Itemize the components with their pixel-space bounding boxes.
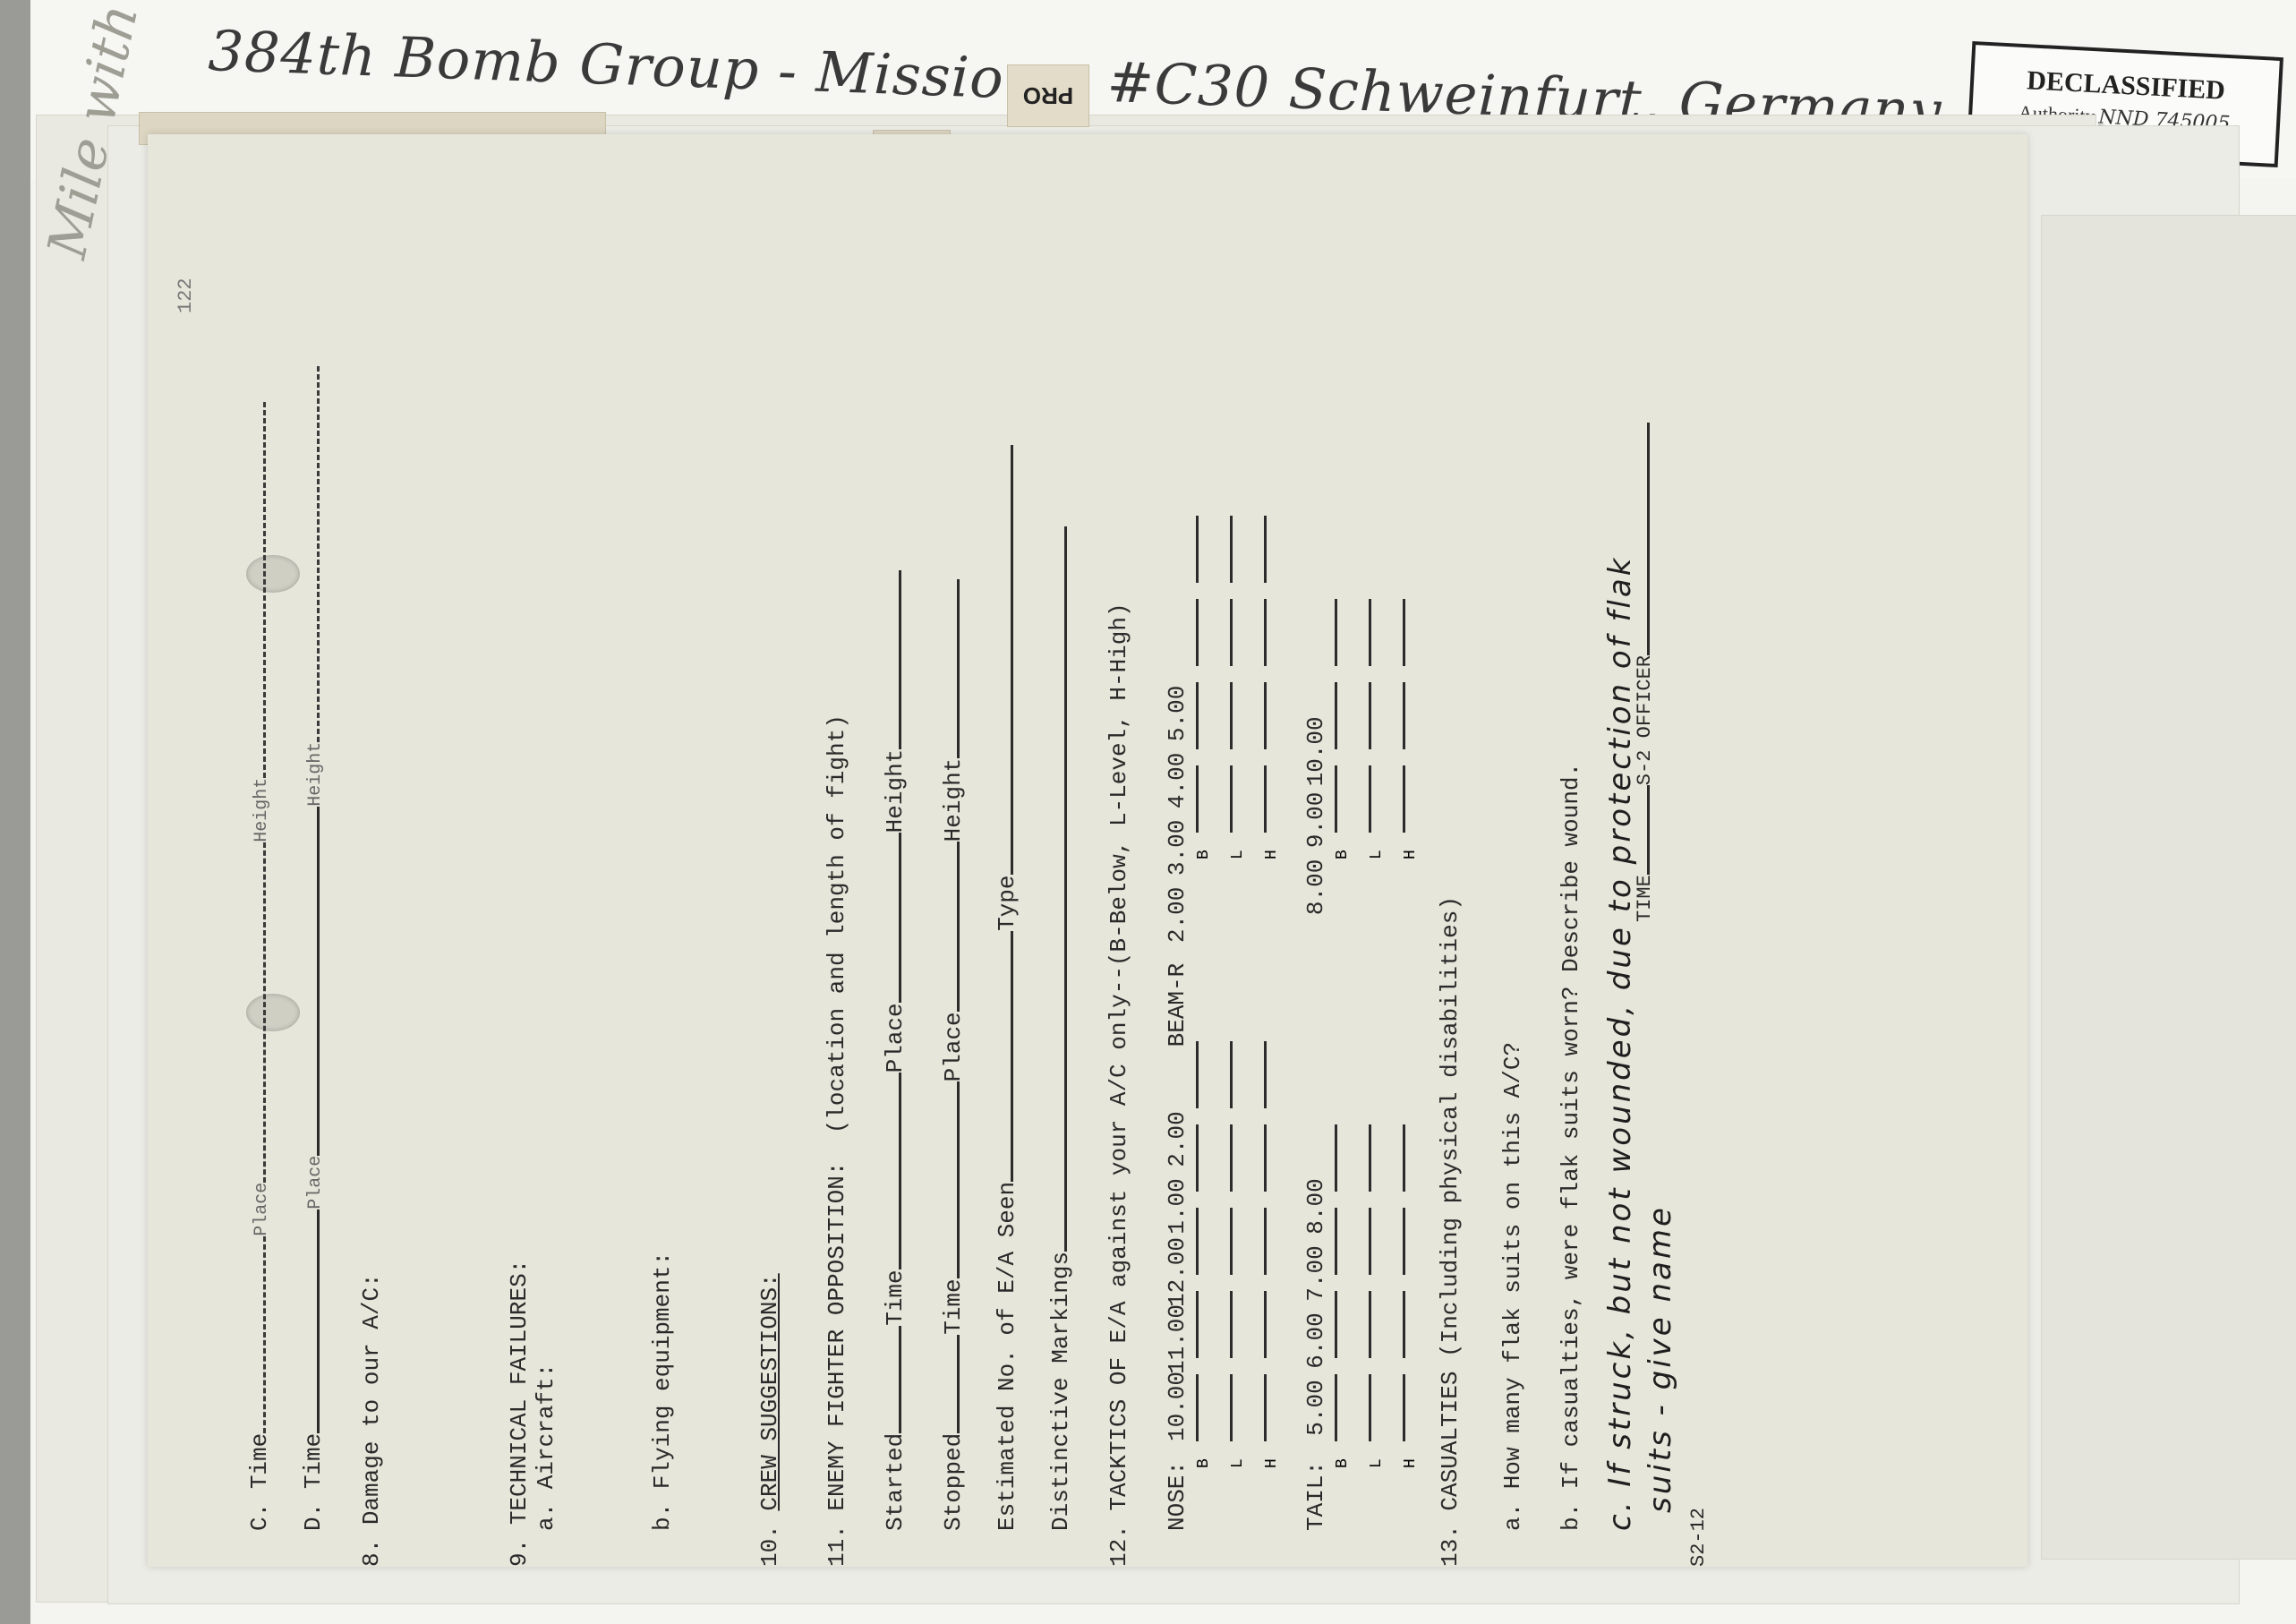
item-11-started-row: StartedTimePlaceHeight <box>882 570 909 1531</box>
started-height-field[interactable] <box>898 833 901 1003</box>
tail-cell[interactable] <box>1368 1374 1371 1441</box>
stopped-time-field[interactable] <box>956 1335 960 1433</box>
stopped-label: Stopped <box>940 1433 967 1531</box>
beam-hour: 5.00 <box>1164 680 1191 747</box>
markings-label: Distinctive Markings <box>1047 1252 1074 1531</box>
tab-pro[interactable]: PRO <box>1007 64 1089 127</box>
tail-cell[interactable] <box>1334 1291 1337 1358</box>
item-8-num: 8. <box>358 1539 385 1567</box>
tail-cell[interactable] <box>1402 1374 1405 1441</box>
tail-cell[interactable] <box>1402 1124 1405 1192</box>
beam-cell[interactable] <box>1229 516 1233 583</box>
beam-l-cell[interactable] <box>1368 599 1371 666</box>
tail-cell[interactable] <box>1334 1208 1337 1275</box>
tail-cell[interactable] <box>1368 1124 1371 1192</box>
item-d-height-field[interactable] <box>316 366 320 742</box>
row-h-label: H <box>1263 1445 1281 1468</box>
beam-l-hour: 9.00 <box>1302 786 1329 853</box>
nose-cell[interactable] <box>1229 1291 1233 1358</box>
beam-cell[interactable] <box>1263 682 1267 749</box>
item-8: 8. Damage to our A/C: <box>358 1273 385 1567</box>
nose-cell[interactable] <box>1263 1041 1267 1108</box>
started-time-label: Time <box>882 1269 909 1325</box>
nose-cell[interactable] <box>1263 1291 1267 1358</box>
beam-l-cell[interactable] <box>1402 765 1405 833</box>
beam-hour: 2.00 <box>1164 881 1191 948</box>
item-d-place-field[interactable] <box>316 807 320 1156</box>
row-b-label: B <box>1195 1445 1213 1468</box>
item-9-num: 9. <box>506 1539 533 1567</box>
item-13a: a. How many flak suits on this A/C? <box>1499 1042 1526 1531</box>
item-d-time-field[interactable] <box>316 1209 320 1433</box>
beam-cell[interactable] <box>1263 516 1267 583</box>
nose-cell[interactable] <box>1263 1124 1267 1192</box>
item-c-height-label: Height <box>252 778 272 842</box>
item-9a: a. Aircraft: <box>533 1363 559 1531</box>
beam-l-grid: B L H <box>1334 599 1420 859</box>
item-d-label: D. <box>300 1503 327 1531</box>
nose-hour: 2.00 <box>1164 1106 1191 1173</box>
mission-form-page: 122 C. TimePlaceHeight D. TimePlaceHeigh… <box>148 134 2027 1567</box>
beam-l-cell[interactable] <box>1402 599 1405 666</box>
background-edge <box>0 0 30 1624</box>
item-11-note: (location and length of fight) <box>824 714 850 1133</box>
item-c: C. TimePlaceHeight <box>246 402 273 1531</box>
item-9: 9. TECHNICAL FAILURES: <box>506 1260 533 1567</box>
row-h-label: H <box>1263 836 1281 859</box>
row-l-label: L <box>1229 836 1247 859</box>
item-d-time-label: Time <box>300 1433 327 1489</box>
row-b-label: B <box>1334 836 1352 859</box>
markings-field[interactable] <box>1063 526 1067 1252</box>
stopped-height-field[interactable] <box>956 842 960 1012</box>
item-10-text: CREW SUGGESTIONS: <box>756 1273 783 1510</box>
nose-grid: B L H <box>1195 1041 1281 1468</box>
nose-hour: 12.00 <box>1164 1240 1191 1307</box>
item-13: 13. CASUALTIES (Including physical disab… <box>1437 896 1464 1567</box>
beam-cell[interactable] <box>1195 599 1199 666</box>
item-c-label: C. <box>246 1503 273 1531</box>
beam-hour: 3.00 <box>1164 814 1191 881</box>
beam-label: BEAM-R <box>1164 948 1191 1047</box>
item-9-text: TECHNICAL FAILURES: <box>506 1260 533 1525</box>
item-12: 12. TACKTICS OF E/A against your A/C onl… <box>1105 603 1132 1567</box>
footer-officer-label: S-2 OFFICER <box>1634 655 1656 785</box>
item-d: D. TimePlaceHeight <box>300 366 327 1531</box>
item-d-height-label: Height <box>305 742 326 807</box>
tail-label: TAIL: <box>1302 1441 1329 1531</box>
type-field[interactable] <box>1010 446 1013 876</box>
row-b-label: B <box>1195 836 1213 859</box>
started-time-field[interactable] <box>898 1326 901 1433</box>
back-sheet-right <box>2041 215 2296 1560</box>
row-l-label: L <box>1368 1445 1386 1468</box>
beam-cell[interactable] <box>1195 765 1199 833</box>
stopped-height-label: Height <box>940 758 967 842</box>
nose-cell[interactable] <box>1195 1374 1199 1441</box>
item-c-place-field[interactable] <box>262 842 266 1183</box>
nose-cell[interactable] <box>1195 1041 1199 1108</box>
tail-cell[interactable] <box>1334 1374 1337 1441</box>
footer-time-label: TIME <box>1634 875 1656 922</box>
nose-cell[interactable] <box>1229 1374 1233 1441</box>
beam-cell[interactable] <box>1229 599 1233 666</box>
stopped-place-label: Place <box>940 1012 967 1081</box>
item-13c-handwritten: c. If struck, but not wounded, due to pr… <box>1602 556 1638 1531</box>
item-11-stopped-row: StoppedTimePlaceHeight <box>940 579 967 1531</box>
tail-cell[interactable] <box>1334 1124 1337 1192</box>
nose-cell[interactable] <box>1195 1124 1199 1192</box>
page-number: 122 <box>175 278 197 313</box>
row-l-label: L <box>1229 1445 1247 1468</box>
item-c-height-field[interactable] <box>262 402 266 778</box>
tail-cell[interactable] <box>1368 1208 1371 1275</box>
nose-cell[interactable] <box>1263 1374 1267 1441</box>
row-h-label: H <box>1402 1445 1420 1468</box>
item-c-time-field[interactable] <box>262 1236 266 1433</box>
tail-cell[interactable] <box>1402 1208 1405 1275</box>
started-height-value-field[interactable] <box>898 570 901 749</box>
nose-hour: 10.00 <box>1164 1374 1191 1441</box>
item-c-place-label: Place <box>252 1183 272 1236</box>
item-11-markings-row: Distinctive Markings <box>1047 526 1074 1531</box>
item-13-text: CASUALTIES (Including physical disabilit… <box>1437 896 1464 1511</box>
nose-cell[interactable] <box>1229 1124 1233 1192</box>
estimated-field[interactable] <box>1010 931 1013 1182</box>
tail-grid: B L H <box>1334 1124 1420 1468</box>
item-c-time-label: Time <box>246 1433 273 1489</box>
started-height-label: Height <box>882 749 909 833</box>
tail-hour: 7.00 <box>1302 1240 1329 1307</box>
estimated-label: Estimated No. of E/A Seen <box>994 1182 1020 1531</box>
item-9b: b. Flying equipment: <box>649 1252 676 1531</box>
started-label: Started <box>882 1433 909 1531</box>
item-11-text: ENEMY FIGHTER OPPOSITION: <box>824 1162 850 1511</box>
nose-cell[interactable] <box>1229 1041 1233 1108</box>
started-place-label: Place <box>882 1003 909 1073</box>
item-11-num: 11. <box>824 1525 850 1567</box>
beam-cell[interactable] <box>1263 765 1267 833</box>
row-b-label: B <box>1334 1445 1352 1468</box>
stopped-time-label: Time <box>940 1278 967 1334</box>
beam-l-cell[interactable] <box>1334 599 1337 666</box>
footer-officer-field[interactable] <box>1646 423 1650 655</box>
beam-r-grid: B L H <box>1195 516 1281 859</box>
nose-cell[interactable] <box>1229 1208 1233 1275</box>
started-place-field[interactable] <box>898 1073 901 1269</box>
item-10: 10. CREW SUGGESTIONS: <box>756 1273 783 1567</box>
tail-cell[interactable] <box>1368 1291 1371 1358</box>
item-13c-handwritten-cont: suits - give name <box>1643 1205 1678 1513</box>
stopped-place-field[interactable] <box>956 1081 960 1278</box>
tail-hour: 6.00 <box>1302 1307 1329 1374</box>
nose-label: NOSE: <box>1164 1441 1191 1531</box>
tail-hour: 8.00 <box>1302 1173 1329 1240</box>
form-id: S2-12 <box>1687 1508 1710 1567</box>
nose-cell[interactable] <box>1195 1208 1199 1275</box>
item-11: 11. ENEMY FIGHTER OPPOSITION: (location … <box>824 714 850 1567</box>
item-d-place-label: Place <box>305 1156 326 1209</box>
row-h-label: H <box>1402 836 1420 859</box>
beam-cell[interactable] <box>1195 682 1199 749</box>
beam-l-cell[interactable] <box>1368 682 1371 749</box>
beam-cell[interactable] <box>1195 516 1199 583</box>
item-12-text: TACKTICS OF E/A against your A/C only--(… <box>1105 603 1132 1510</box>
beam-l-cell[interactable] <box>1334 765 1337 833</box>
beam-l-hour: 10.00 <box>1302 719 1329 786</box>
type-label: Type <box>994 876 1020 931</box>
beam-l-cell[interactable] <box>1402 682 1405 749</box>
nose-header: NOSE:10.0011.0012.001.002.00 BEAM-R2.003… <box>1164 680 1191 1531</box>
footer-time-field[interactable] <box>1646 785 1650 875</box>
beam-cell[interactable] <box>1229 682 1233 749</box>
nose-cell[interactable] <box>1263 1208 1267 1275</box>
beam-hour: 4.00 <box>1164 747 1191 814</box>
nose-hour: 11.00 <box>1164 1307 1191 1374</box>
row-l-label: L <box>1368 836 1386 859</box>
stopped-height-value-field[interactable] <box>956 579 960 758</box>
beam-l-cell[interactable] <box>1334 682 1337 749</box>
item-12-num: 12. <box>1105 1525 1132 1567</box>
tail-cell[interactable] <box>1402 1291 1405 1358</box>
footer-time: TIMES-2 OFFICER <box>1634 423 1656 922</box>
beam-l-hour: 8.00 <box>1302 853 1329 920</box>
beam-cell[interactable] <box>1263 599 1267 666</box>
item-13-num: 13. <box>1437 1525 1464 1567</box>
beam-l-cell[interactable] <box>1368 765 1371 833</box>
item-8-text: Damage to our A/C: <box>358 1273 385 1525</box>
nose-cell[interactable] <box>1195 1291 1199 1358</box>
item-11-estimated-row: Estimated No. of E/A SeenType <box>994 446 1020 1532</box>
tail-header: TAIL:5.006.007.008.00 8.009.0010.00 <box>1302 719 1329 1531</box>
beam-cell[interactable] <box>1229 765 1233 833</box>
nose-hour: 1.00 <box>1164 1173 1191 1240</box>
tail-hour: 5.00 <box>1302 1374 1329 1441</box>
item-10-num: 10. <box>756 1525 783 1567</box>
item-13b: b. If casualties, were flak suits worn? … <box>1558 763 1584 1531</box>
